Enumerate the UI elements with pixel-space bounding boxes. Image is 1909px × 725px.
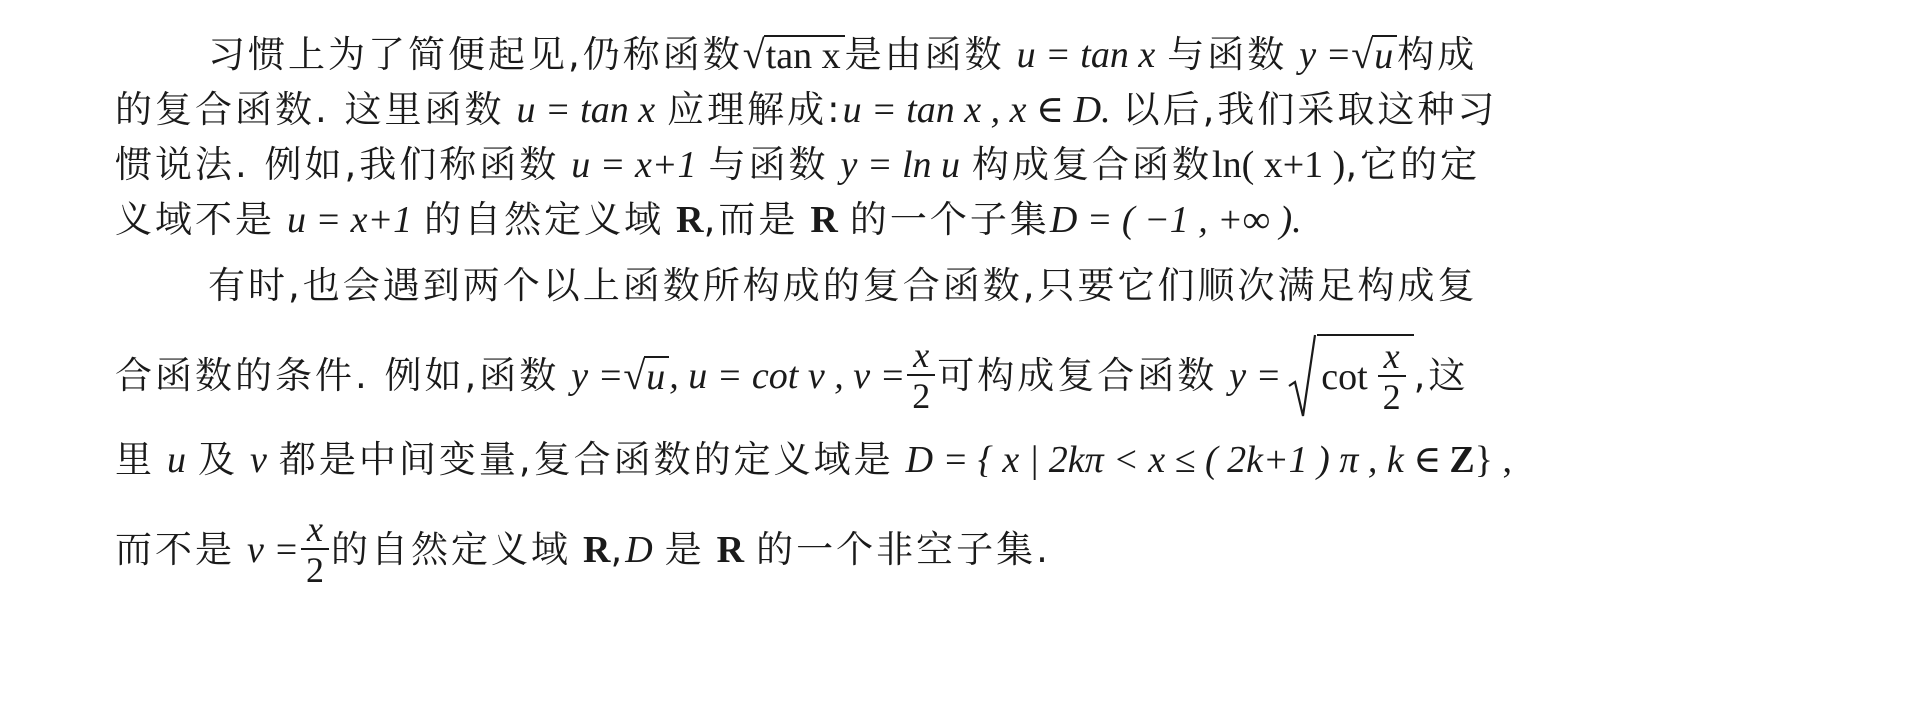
- cot-function: cot: [1321, 355, 1367, 399]
- fraction-denominator: 2: [1383, 377, 1401, 417]
- sqrt-body: cot x 2: [1317, 334, 1413, 418]
- radical-sign-icon: √: [623, 356, 645, 396]
- text-segment: 里: [115, 438, 155, 482]
- text-segment: 有时,也会遇到两个以上函数所构成的复合函数,只要它们顺次满足构成复: [208, 264, 1478, 308]
- math-expression: y = ln u: [840, 143, 960, 187]
- text-segment: 是: [665, 528, 705, 572]
- text-segment: 可构成复合函数: [937, 354, 1217, 398]
- text-segment: 与函数: [708, 143, 828, 187]
- variable-v: v: [250, 438, 267, 482]
- text-segment: 构成复合函数: [972, 143, 1212, 187]
- paragraph-2-line-4: 而不是 v = x 2 的自然定义域 R , D 是 R 的一个非空子集.: [115, 508, 1051, 592]
- sqrt-body: u: [644, 356, 669, 396]
- text-segment: 及: [198, 438, 238, 482]
- fraction-denominator: 2: [306, 550, 324, 590]
- text-segment: 习惯上为了简便起见,仍称函数: [208, 33, 743, 77]
- sqrt-expression: √ u: [623, 356, 669, 396]
- text-segment: 合函数的条件. 例如,函数: [115, 354, 559, 398]
- sqrt-expression: √ u: [1351, 35, 1397, 75]
- text-segment: ,: [610, 528, 625, 572]
- fraction-numerator: x: [301, 510, 329, 550]
- fraction-denominator: 2: [912, 376, 930, 416]
- paragraph-2-line-3: 里 u 及 v 都是中间变量,复合函数的定义域是 D = { x | 2kπ <…: [115, 438, 1512, 482]
- math-expression: v =: [247, 528, 299, 572]
- paragraph-2-line-2: 合函数的条件. 例如,函数 y = √ u , u = cot v , v = …: [115, 336, 1468, 416]
- text-segment: 的自然定义域: [331, 528, 571, 572]
- math-expression: , u = cot v , v =: [669, 354, 905, 398]
- math-expression: } ,: [1475, 438, 1512, 482]
- math-expression: u = tan x , x ∈ D.: [843, 88, 1111, 132]
- text-segment: 惯说法. 例如,我们称函数: [115, 143, 559, 187]
- sqrt-expression: √ tan x: [743, 35, 845, 75]
- fraction: x 2: [907, 336, 935, 416]
- real-numbers-symbol: R: [810, 198, 837, 242]
- text-segment: 义域不是: [115, 198, 275, 242]
- math-expression: u = tan x: [517, 88, 656, 132]
- sqrt-body: tan x: [764, 35, 845, 75]
- paragraph-1-line-4: 义域不是 u = x+1 的自然定义域 R ,而是 R 的一个子集 D = ( …: [115, 198, 1302, 242]
- fraction: x 2: [1378, 337, 1406, 417]
- fraction-numerator: x: [1378, 337, 1406, 377]
- math-expression: y =: [1299, 33, 1351, 77]
- text-segment: 是由函数: [845, 33, 1005, 77]
- fraction-numerator: x: [907, 336, 935, 376]
- paragraph-2-line-1: 有时,也会遇到两个以上函数所构成的复合函数,只要它们顺次满足构成复: [208, 264, 1478, 308]
- text-segment: ,它的定: [1345, 143, 1480, 187]
- math-expression: D = { x | 2kπ < x ≤ ( 2k+1 ) π , k ∈: [906, 438, 1442, 482]
- text-segment: 的复合函数. 这里函数: [115, 88, 505, 132]
- math-expression: y =: [571, 354, 623, 398]
- math-expression: u = x+1: [287, 198, 412, 242]
- paragraph-1-line-2: 的复合函数. 这里函数 u = tan x 应理解成: u = tan x , …: [115, 88, 1497, 132]
- fraction: x 2: [301, 510, 329, 590]
- integers-symbol: Z: [1449, 438, 1474, 482]
- math-expression: D = ( −1 , +∞ ).: [1050, 198, 1302, 242]
- text-segment: 的一个非空子集.: [756, 528, 1051, 572]
- text-segment: ,而是: [704, 198, 799, 242]
- math-expression: ln( x+1 ): [1212, 143, 1345, 187]
- radical-sign-icon: √: [743, 35, 765, 75]
- paragraph-1-line-1: 习惯上为了简便起见,仍称函数 √ tan x 是由函数 u = tan x 与函…: [208, 33, 1477, 77]
- text-segment: 而不是: [115, 528, 235, 572]
- text-segment: 与函数: [1167, 33, 1287, 77]
- math-expression: D: [625, 528, 652, 572]
- text-segment: 构成: [1397, 33, 1477, 77]
- real-numbers-symbol: R: [717, 528, 744, 572]
- text-segment: 的一个子集: [850, 198, 1050, 242]
- text-segment: 的自然定义域: [424, 198, 664, 242]
- text-segment: 都是中间变量,复合函数的定义域是: [279, 438, 894, 482]
- textbook-page: 习惯上为了简便起见,仍称函数 √ tan x 是由函数 u = tan x 与函…: [0, 0, 1909, 725]
- paragraph-1-line-3: 惯说法. 例如,我们称函数 u = x+1 与函数 y = ln u 构成复合函…: [115, 143, 1480, 187]
- sqrt-body: u: [1372, 35, 1397, 75]
- radical-sign-icon: √: [1351, 35, 1373, 75]
- sqrt-expression-large: cot x 2: [1287, 334, 1413, 418]
- text-segment: 以后,我们采取这种习: [1123, 88, 1498, 132]
- real-numbers-symbol: R: [583, 528, 610, 572]
- radical-sign-icon: [1287, 334, 1317, 418]
- text-segment: 应理解成:: [667, 88, 842, 132]
- variable-u: u: [167, 438, 186, 482]
- text-segment: ,这: [1414, 354, 1469, 398]
- math-expression: y =: [1229, 354, 1281, 398]
- real-numbers-symbol: R: [676, 198, 703, 242]
- math-expression: u = x+1: [571, 143, 696, 187]
- math-expression: u = tan x: [1017, 33, 1156, 77]
